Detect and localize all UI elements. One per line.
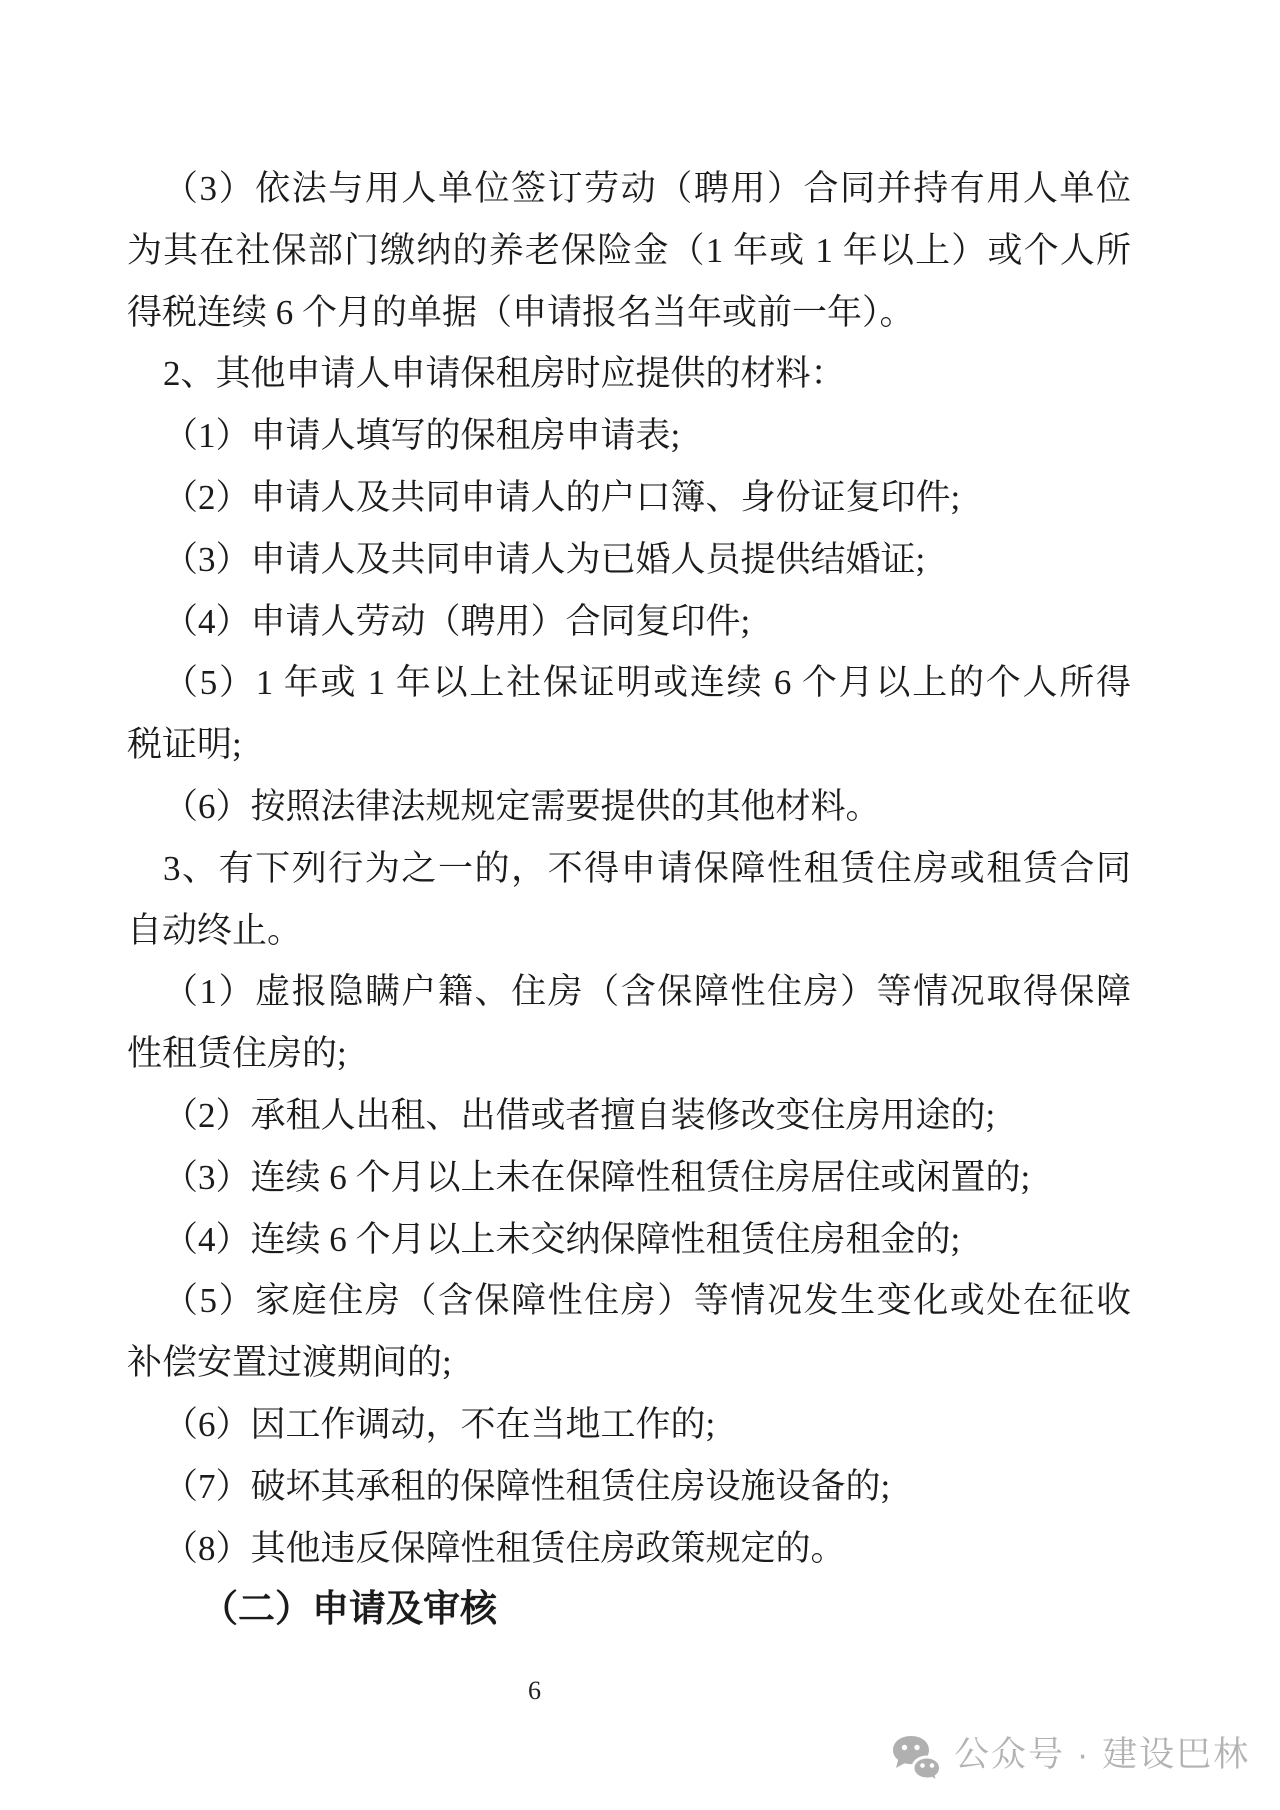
doc-line: （4）连续 6 个月以上未交纳保障性租赁住房租金的;: [127, 1209, 1131, 1271]
doc-line: （2）承租人出租、出借或者擅自装修改变住房用途的;: [127, 1085, 1131, 1147]
doc-line: （4）申请人劳动（聘用）合同复印件;: [127, 591, 1131, 653]
doc-line: （3）连续 6 个月以上未在保障性租赁住房居住或闲置的;: [127, 1147, 1131, 1209]
page-number: 6: [528, 1676, 541, 1706]
doc-line: 税证明;: [127, 714, 1131, 776]
doc-line: 得税连续 6 个月的单据（申请报名当年或前一年）。: [127, 282, 1131, 344]
doc-line: 2、其他申请人申请保租房时应提供的材料：: [127, 343, 1131, 405]
watermark-text: 公众号 · 建设巴林: [954, 1732, 1250, 1778]
doc-line: 性租赁住房的;: [127, 1023, 1131, 1085]
doc-line: （1）虚报隐瞒户籍、住房（含保障性住房）等情况取得保障: [127, 961, 1131, 1023]
doc-line: （6）按照法律法规规定需要提供的其他材料。: [127, 776, 1131, 838]
doc-line: （3）依法与用人单位签订劳动（聘用）合同并持有用人单位: [127, 158, 1131, 220]
document-body: （3）依法与用人单位签订劳动（聘用）合同并持有用人单位 为其在社保部门缴纳的养老…: [127, 158, 1131, 1641]
doc-line: 3、有下列行为之一的，不得申请保障性租赁住房或租赁合同: [127, 838, 1131, 900]
doc-line: 自动终止。: [127, 900, 1131, 962]
doc-line: 补偿安置过渡期间的;: [127, 1332, 1131, 1394]
doc-line: 为其在社保部门缴纳的养老保险金（1 年或 1 年以上）或个人所: [127, 220, 1131, 282]
doc-line: （6）因工作调动，不在当地工作的;: [127, 1394, 1131, 1456]
section-heading: （二）申请及审核: [127, 1579, 1131, 1641]
wechat-icon: [890, 1734, 942, 1790]
doc-line: （7）破坏其承租的保障性租赁住房设施设备的;: [127, 1456, 1131, 1518]
document-page: （3）依法与用人单位签订劳动（聘用）合同并持有用人单位 为其在社保部门缴纳的养老…: [0, 0, 1280, 1810]
doc-line: （1）申请人填写的保租房申请表;: [127, 405, 1131, 467]
doc-line: （5）1 年或 1 年以上社保证明或连续 6 个月以上的个人所得: [127, 652, 1131, 714]
doc-line: （3）申请人及共同申请人为已婚人员提供结婚证;: [127, 529, 1131, 591]
watermark: 公众号 · 建设巴林: [890, 1732, 1250, 1790]
doc-line: （2）申请人及共同申请人的户口簿、身份证复印件;: [127, 467, 1131, 529]
doc-line: （8）其他违反保障性租赁住房政策规定的。: [127, 1518, 1131, 1580]
doc-line: （5）家庭住房（含保障性住房）等情况发生变化或处在征收: [127, 1270, 1131, 1332]
